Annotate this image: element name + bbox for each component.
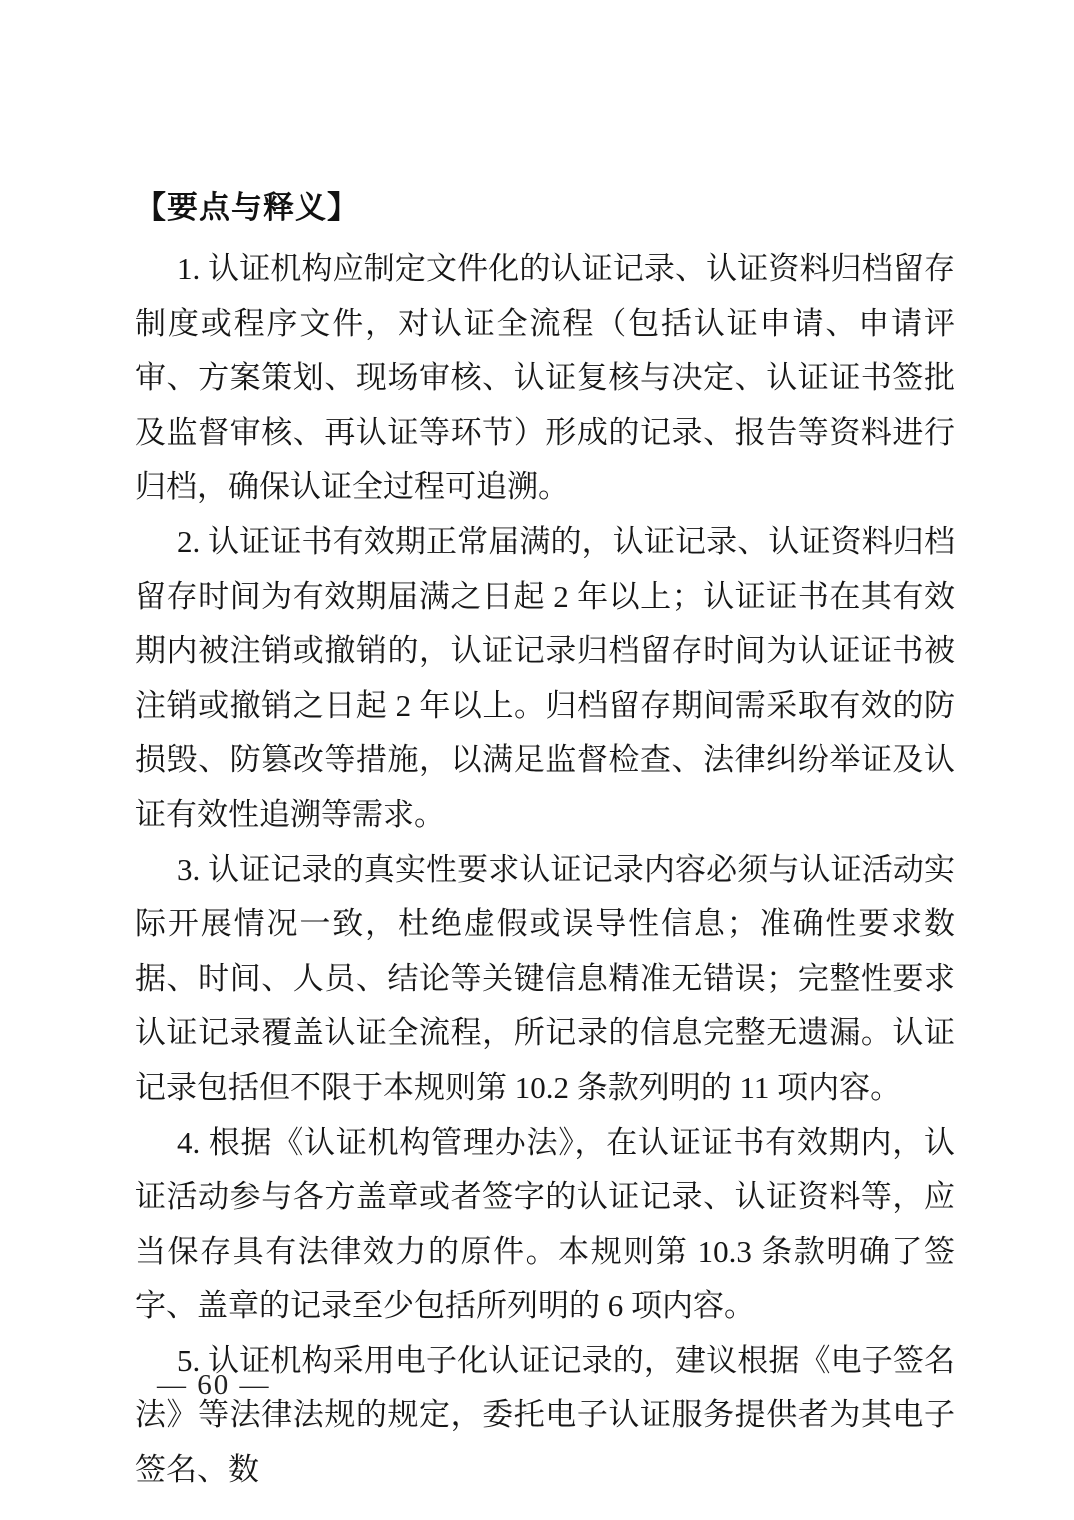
paragraph-2: 2. 认证证书有效期正常届满的，认证记录、认证资料归档留存时间为有效期届满之日起…: [135, 515, 955, 843]
document-content: 【要点与释义】 1. 认证机构应制定文件化的认证记录、认证资料归档留存制度或程序…: [135, 186, 955, 1498]
document-page: 【要点与释义】 1. 认证机构应制定文件化的认证记录、认证资料归档留存制度或程序…: [0, 0, 1074, 1520]
paragraph-1: 1. 认证机构应制定文件化的认证记录、认证资料归档留存制度或程序文件，对认证全流…: [135, 242, 955, 515]
section-heading: 【要点与释义】: [135, 186, 955, 230]
paragraph-5: 5. 认证机构采用电子化认证记录的，建议根据《电子签名法》等法律法规的规定，委托…: [135, 1334, 955, 1498]
page-footer: — 60 —: [157, 1365, 271, 1405]
page-number: — 60 —: [157, 1369, 271, 1401]
paragraph-3: 3. 认证记录的真实性要求认证记录内容必须与认证活动实际开展情况一致，杜绝虚假或…: [135, 843, 955, 1116]
paragraph-4: 4. 根据《认证机构管理办法》，在认证证书有效期内，认证活动参与各方盖章或者签字…: [135, 1116, 955, 1334]
